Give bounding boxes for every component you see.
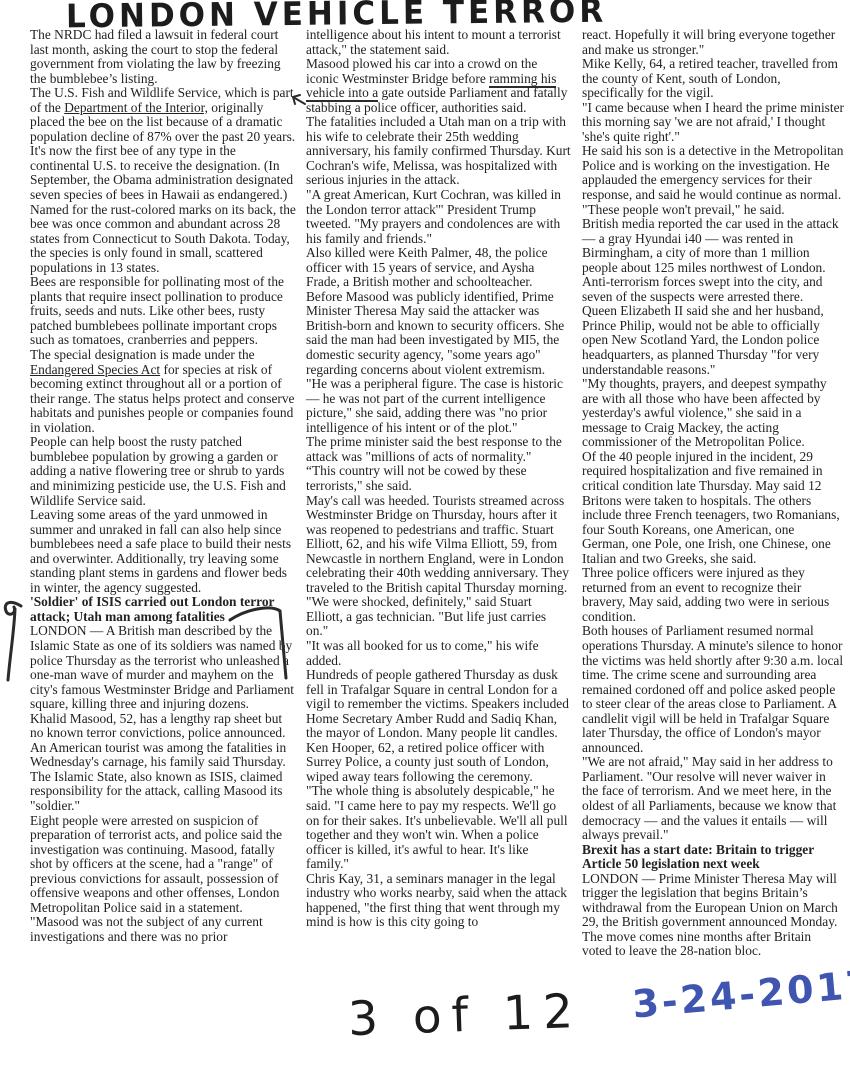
paragraph: People can help boost the rusty patched … xyxy=(30,435,298,508)
paragraph: Mike Kelly, 64, a retired teacher, trave… xyxy=(582,57,844,101)
paragraph: Both houses of Parliament resumed normal… xyxy=(582,624,844,755)
paragraph: "We were shocked, definitely," said Stua… xyxy=(306,595,571,639)
text-segment: originally placed the bee on the list be… xyxy=(30,100,295,202)
scanned-newspaper-page: LONDON VEHICLE TERROR The NRDC had filed… xyxy=(0,0,850,1088)
paragraph: Khalid Masood, 52, has a lengthy rap she… xyxy=(30,712,298,741)
paragraph: "Masood was not the subject of any curre… xyxy=(30,915,298,944)
paragraph: Masood plowed his car into a crowd on th… xyxy=(306,57,571,115)
paragraph: LONDON — Prime Minister Theresa May will… xyxy=(582,872,844,959)
paragraph: May's call was heeded. Tourists streamed… xyxy=(306,494,571,596)
underlined-text: Endangered Species Act xyxy=(30,362,160,377)
pen-corner-bracket-icon xyxy=(226,602,292,686)
paragraph: Also killed were Keith Palmer, 48, the p… xyxy=(306,246,571,290)
paragraph: Leaving some areas of the yard unmowed i… xyxy=(30,508,298,595)
paragraph: Bees are responsible for pollinating mos… xyxy=(30,275,298,348)
paragraph: "We are not afraid," May said in her add… xyxy=(582,755,844,842)
paragraph: Of the 40 people injured in the incident… xyxy=(582,450,844,566)
paragraph: Three police officers were injured as th… xyxy=(582,566,844,624)
handwritten-page-number: 3 of 12 xyxy=(347,984,584,1047)
paragraph: He said his son is a detective in the Me… xyxy=(582,144,844,202)
paragraph: Hundreds of people gathered Thursday as … xyxy=(306,668,571,741)
paragraph: Ken Hooper, 62, a retired police officer… xyxy=(306,741,571,785)
paragraph: Named for the rust-colored marks on its … xyxy=(30,203,298,276)
paragraph: “This country will not be cowed by these… xyxy=(306,464,571,493)
paragraph: The prime minister said the best respons… xyxy=(306,435,571,464)
paragraph: "He was a peripheral figure. The case is… xyxy=(306,377,571,435)
paragraph: Before Masood was publicly identified, P… xyxy=(306,290,571,377)
paragraph: Queen Elizabeth II said she and her husb… xyxy=(582,304,844,377)
paragraph: An American tourist was among the fatali… xyxy=(30,741,298,814)
paragraph: The special designation is made under th… xyxy=(30,348,298,435)
paragraph: The fatalities included a Utah man on a … xyxy=(306,115,571,188)
article-column-right: react. Hopefully it will bring everyone … xyxy=(582,28,844,959)
paragraph: "My thoughts, prayers, and deepest sympa… xyxy=(582,377,844,450)
paragraph: react. Hopefully it will bring everyone … xyxy=(582,28,844,57)
pen-margin-flag-icon xyxy=(0,598,26,702)
paragraph: "A great American, Kurt Cochran, was kil… xyxy=(306,188,571,246)
article-column-left: The NRDC had filed a lawsuit in federal … xyxy=(30,28,298,944)
paragraph: "I came because when I heard the prime m… xyxy=(582,101,844,145)
article-heading: Brexit has a start date: Britain to trig… xyxy=(582,843,844,872)
paragraph: The NRDC had filed a lawsuit in federal … xyxy=(30,28,298,86)
paragraph: "It was all booked for us to come," his … xyxy=(306,639,571,668)
paragraph: "The whole thing is absolutely despicabl… xyxy=(306,784,571,871)
paragraph: "These people won't prevail," he said. xyxy=(582,203,844,218)
paragraph: The U.S. Fish and Wildlife Service, whic… xyxy=(30,86,298,202)
paragraph: Eight people were arrested on suspicion … xyxy=(30,814,298,916)
pen-arrow-icon xyxy=(290,92,308,110)
underlined-text: Department of the Interior, xyxy=(64,100,208,115)
paragraph: intelligence about his intent to mount a… xyxy=(306,28,571,57)
handwritten-date: 3-24-2017 xyxy=(631,961,850,1026)
article-column-middle: intelligence about his intent to mount a… xyxy=(306,28,571,930)
text-segment: The special designation is made under th… xyxy=(30,347,255,362)
paragraph: British media reported the car used in t… xyxy=(582,217,844,304)
paragraph: Chris Kay, 31, a seminars manager in the… xyxy=(306,872,571,930)
